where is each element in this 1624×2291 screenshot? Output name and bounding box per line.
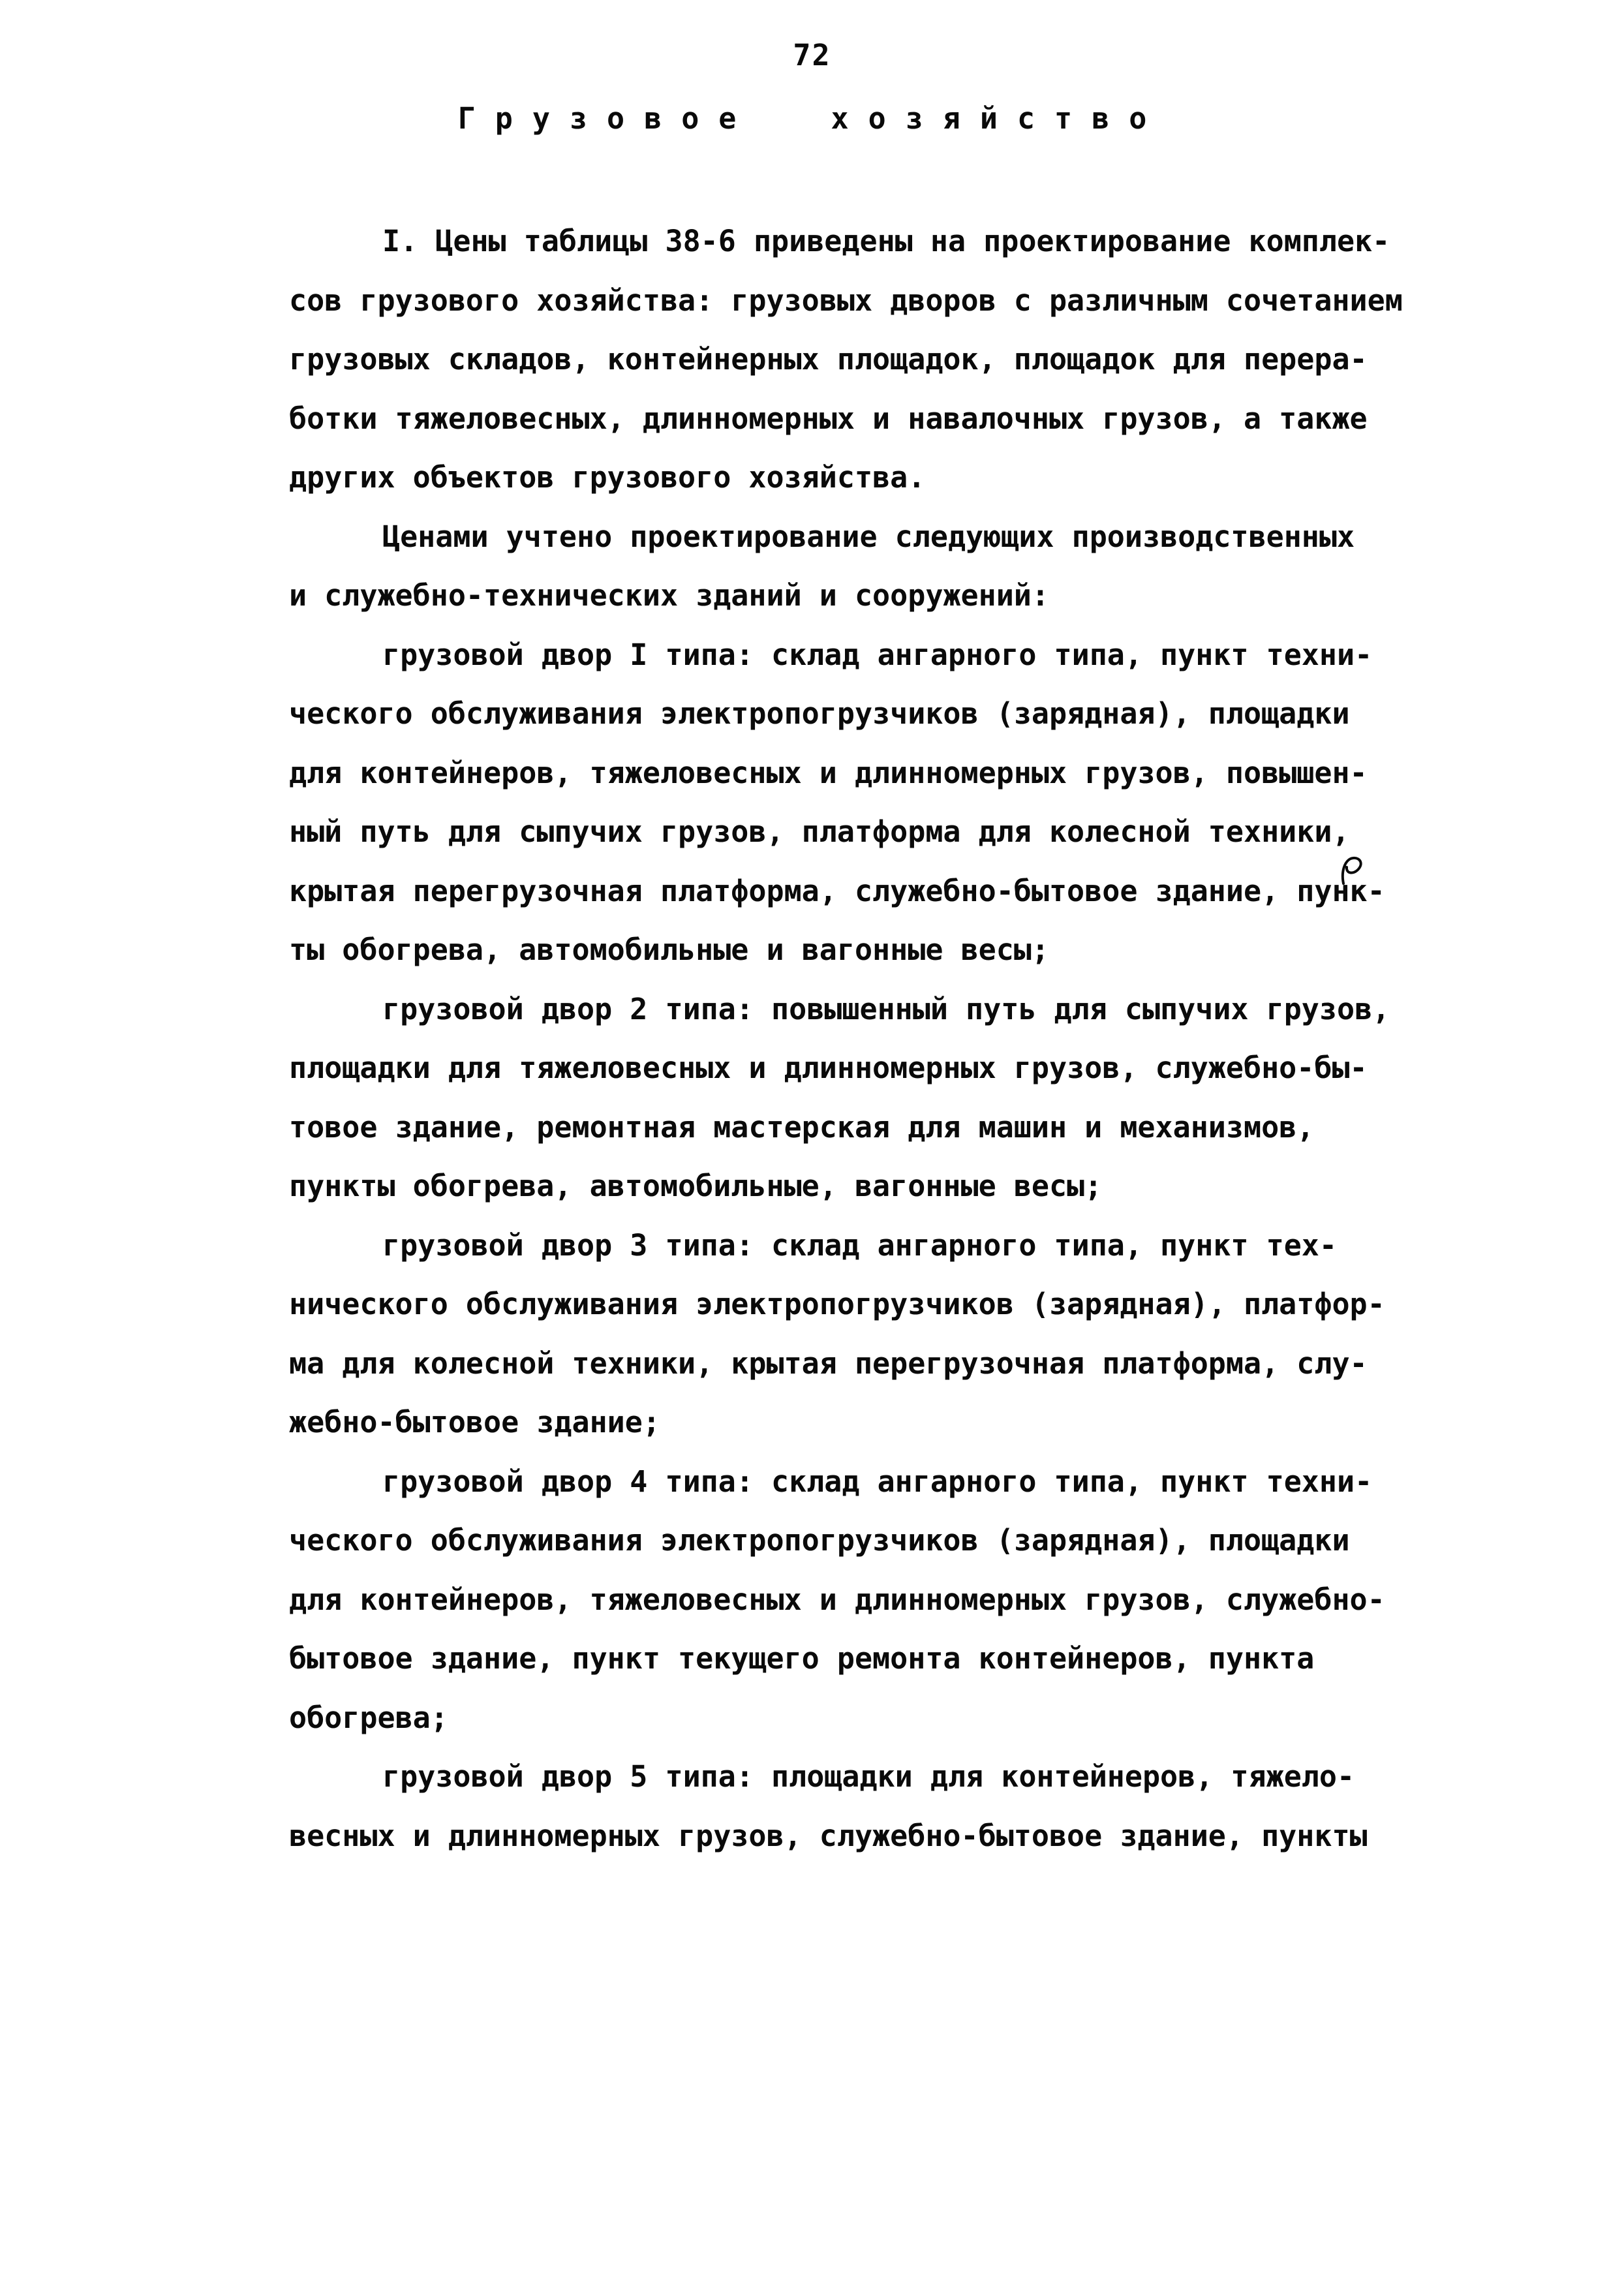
text-line: Ценами учтено проектирование следующих п… [289, 508, 1450, 567]
document-heading: Грузовое хозяйство [0, 101, 1624, 136]
text-line: грузовой двор 5 типа: площадки для конте… [289, 1747, 1450, 1807]
text-line: и служебно-технических зданий и сооружен… [289, 566, 1450, 626]
page-number: 72 [0, 38, 1624, 72]
paragraph: грузовой двор I типа: склад ангарного ти… [289, 626, 1450, 980]
text-line: сов грузового хозяйства: грузовых дворов… [289, 271, 1450, 331]
text-line: товое здание, ремонтная мастерская для м… [289, 1098, 1450, 1158]
handwritten-correction-mark-icon [1336, 855, 1370, 887]
paragraph: Ценами учтено проектирование следующих п… [289, 508, 1450, 626]
paragraph: грузовой двор 4 типа: склад ангарного ти… [289, 1453, 1450, 1748]
text-line: ма для колесной техники, крытая перегруз… [289, 1334, 1450, 1394]
text-line: нического обслуживания электропогрузчико… [289, 1275, 1450, 1334]
text-line: грузовой двор 2 типа: повышенный путь дл… [289, 980, 1450, 1039]
text-line: для контейнеров, тяжеловесных и длинноме… [289, 1571, 1450, 1630]
paragraph: I. Цены таблицы 38-6 приведены на проект… [289, 212, 1450, 508]
text-line: ботки тяжеловесных, длинномерных и навал… [289, 390, 1450, 449]
text-line: бытовое здание, пункт текущего ремонта к… [289, 1629, 1450, 1689]
text-line: грузовых складов, контейнерных площадок,… [289, 330, 1450, 390]
text-line: I. Цены таблицы 38-6 приведены на проект… [289, 212, 1450, 271]
text-line: площадки для тяжеловесных и длинномерных… [289, 1039, 1450, 1098]
text-line: ческого обслуживания электропогрузчиков … [289, 1511, 1450, 1571]
text-line: ный путь для сыпучих грузов, платформа д… [289, 803, 1450, 862]
text-line: грузовой двор I типа: склад ангарного ти… [289, 626, 1450, 685]
paragraph: грузовой двор 5 типа: площадки для конте… [289, 1747, 1450, 1866]
paragraph: грузовой двор 3 типа: склад ангарного ти… [289, 1216, 1450, 1453]
scanned-document-page: 72 Грузовое хозяйство I. Цены таблицы 38… [0, 0, 1624, 2291]
text-line: ты обогрева, автомобильные и вагонные ве… [289, 921, 1450, 980]
text-line: крытая перегрузочная платформа, служебно… [289, 862, 1450, 921]
document-body: I. Цены таблицы 38-6 приведены на проект… [289, 212, 1450, 1866]
text-line: для контейнеров, тяжеловесных и длинноме… [289, 744, 1450, 803]
text-line: пункты обогрева, автомобильные, вагонные… [289, 1157, 1450, 1216]
text-line: обогрева; [289, 1689, 1450, 1748]
paragraph: грузовой двор 2 типа: повышенный путь дл… [289, 980, 1450, 1216]
text-line: весных и длинномерных грузов, служебно-б… [289, 1807, 1450, 1866]
text-line: грузовой двор 4 типа: склад ангарного ти… [289, 1453, 1450, 1512]
text-line: жебно-бытовое здание; [289, 1393, 1450, 1453]
text-line: ческого обслуживания электропогрузчиков … [289, 684, 1450, 744]
text-line: других объектов грузового хозяйства. [289, 448, 1450, 508]
text-line: грузовой двор 3 типа: склад ангарного ти… [289, 1216, 1450, 1276]
